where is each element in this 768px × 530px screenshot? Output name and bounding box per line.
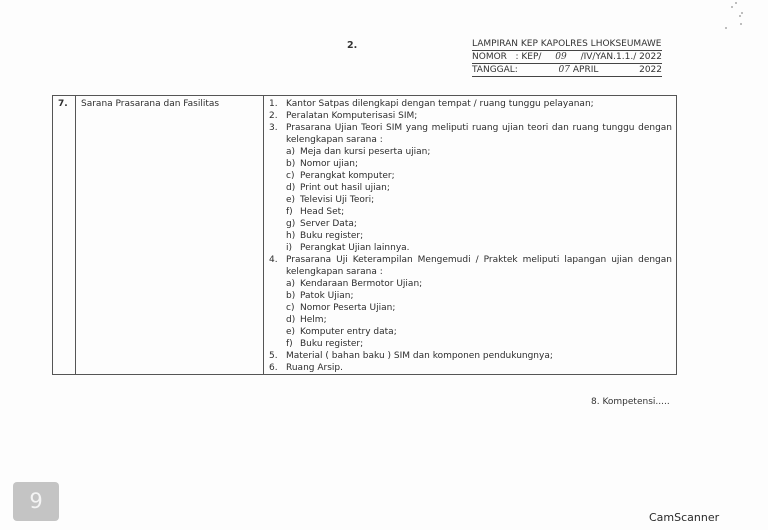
list-item: 4.Prasarana Uji Keterampilan Mengemudi /… — [269, 254, 672, 266]
sub-list-item-letter: a) — [286, 278, 300, 290]
list-item-continuation: kelengkapan sarana : — [269, 134, 672, 146]
nomor-label: NOMOR : KEP/ — [472, 51, 541, 63]
sub-list-item-text: Komputer entry data; — [300, 326, 397, 338]
sub-list-item: f)Head Set; — [269, 206, 672, 218]
sub-list-item-letter: h) — [286, 230, 300, 242]
next-section-continuation: 8. Kompetensi..... — [591, 397, 670, 407]
document-header: LAMPIRAN KEP KAPOLRES LHOKSEUMAWE NOMOR … — [472, 38, 662, 77]
list-item-text: Peralatan Komputerisasi SIM; — [286, 110, 672, 122]
header-tanggal-line: TANGGAL: 07 APRIL 2022 — [472, 64, 662, 77]
sub-list-item: e)Komputer entry data; — [269, 326, 672, 338]
tanggal-handwritten: 07 — [559, 65, 570, 75]
sub-list-item-text: Buku register; — [300, 230, 363, 242]
list-item: 3.Prasarana Ujian Teori SIM yang meliput… — [269, 122, 672, 134]
sub-list-item-letter: f) — [286, 206, 300, 218]
header-title-line: LAMPIRAN KEP KAPOLRES LHOKSEUMAWE — [472, 38, 662, 51]
list-item-number: 4. — [269, 254, 286, 266]
sub-list-item: b)Nomor ujian; — [269, 158, 672, 170]
row-label: Sarana Prasarana dan Fasilitas — [76, 96, 264, 375]
row-content: 1.Kantor Satpas dilengkapi dengan tempat… — [264, 96, 677, 375]
tanggal-year: 2022 — [639, 64, 662, 76]
sub-list-item-text: Patok Ujian; — [300, 290, 354, 302]
list-item-number: 2. — [269, 110, 286, 122]
sub-list-item: f)Buku register; — [269, 338, 672, 350]
sub-list-item-text: Perangkat komputer; — [300, 170, 395, 182]
sub-list-item-letter: c) — [286, 302, 300, 314]
sub-list-item-text: Buku register; — [300, 338, 363, 350]
sub-list-item: c)Nomor Peserta Ujian; — [269, 302, 672, 314]
sub-list-item: c)Perangkat komputer; — [269, 170, 672, 182]
sub-list-item-letter: d) — [286, 182, 300, 194]
list-item: 6.Ruang Arsip. — [269, 362, 672, 374]
sub-list-item-text: Kendaraan Bermotor Ujian; — [300, 278, 422, 290]
sub-list-item-text: Nomor ujian; — [300, 158, 358, 170]
sub-list-item-text: Televisi Uji Teori; — [300, 194, 374, 206]
header-nomor-line: NOMOR : KEP/ 09 /IV/YAN.1.1./ 2022 — [472, 51, 662, 64]
list-item-number: 6. — [269, 362, 286, 374]
list-item-number: 5. — [269, 350, 286, 362]
camscanner-watermark: CamScanner — [649, 511, 719, 524]
sub-list-item-letter: b) — [286, 158, 300, 170]
tanggal-date: 07 APRIL — [559, 64, 599, 76]
sub-list-item-letter: c) — [286, 170, 300, 182]
sub-list-item-text: Head Set; — [300, 206, 344, 218]
nomor-suffix: /IV/YAN.1.1./ 2022 — [581, 51, 662, 63]
sub-list-item: a)Meja dan kursi peserta ujian; — [269, 146, 672, 158]
nomor-handwritten: 09 — [555, 51, 566, 63]
row-number: 7. — [53, 96, 76, 375]
list-item-text: Kantor Satpas dilengkapi dengan tempat /… — [286, 98, 672, 110]
table-row: 7. Sarana Prasarana dan Fasilitas 1.Kant… — [53, 96, 677, 375]
sub-list-item: d)Helm; — [269, 314, 672, 326]
page-number: 2. — [347, 40, 357, 51]
sub-list-item-letter: f) — [286, 338, 300, 350]
sub-list-item-letter: e) — [286, 194, 300, 206]
sub-list-item-letter: d) — [286, 314, 300, 326]
list-item: 2.Peralatan Komputerisasi SIM; — [269, 110, 672, 122]
page-badge[interactable]: 9 — [13, 482, 59, 521]
sub-list-item: d)Print out hasil ujian; — [269, 182, 672, 194]
sub-list-item: b)Patok Ujian; — [269, 290, 672, 302]
list-item-continuation: kelengkapan sarana : — [269, 266, 672, 278]
header-title: LAMPIRAN KEP KAPOLRES LHOKSEUMAWE — [472, 38, 661, 50]
sub-list-item-text: Server Data; — [300, 218, 357, 230]
list-item-text: Prasarana Uji Keterampilan Mengemudi / P… — [286, 254, 672, 266]
scan-specks — [720, 0, 768, 40]
tanggal-label: TANGGAL: — [472, 64, 518, 76]
sub-list-item-text: Print out hasil ujian; — [300, 182, 390, 194]
list-item: 1.Kantor Satpas dilengkapi dengan tempat… — [269, 98, 672, 110]
sub-list-item-text: Nomor Peserta Ujian; — [300, 302, 395, 314]
list-item-text: Ruang Arsip. — [286, 362, 672, 374]
sub-list-item: a)Kendaraan Bermotor Ujian; — [269, 278, 672, 290]
list-item-text: Material ( bahan baku ) SIM dan komponen… — [286, 350, 672, 362]
facilities-table: 7. Sarana Prasarana dan Fasilitas 1.Kant… — [52, 95, 677, 375]
list-item-number: 3. — [269, 122, 286, 134]
sub-list-item-letter: a) — [286, 146, 300, 158]
sub-list-item: h)Buku register; — [269, 230, 672, 242]
sub-list-item-letter: i) — [286, 242, 300, 254]
sub-list-item-letter: b) — [286, 290, 300, 302]
list-item-text: Prasarana Ujian Teori SIM yang meliputi … — [286, 122, 672, 134]
sub-list-item-text: Helm; — [300, 314, 327, 326]
sub-list-item-text: Meja dan kursi peserta ujian; — [300, 146, 430, 158]
tanggal-month: APRIL — [573, 65, 599, 75]
list-item: 5.Material ( bahan baku ) SIM dan kompon… — [269, 350, 672, 362]
sub-list-item-letter: e) — [286, 326, 300, 338]
sub-list-item: g)Server Data; — [269, 218, 672, 230]
sub-list-item-text: Perangkat Ujian lainnya. — [300, 242, 410, 254]
sub-list-item: i)Perangkat Ujian lainnya. — [269, 242, 672, 254]
sub-list-item: e)Televisi Uji Teori; — [269, 194, 672, 206]
list-item-number: 1. — [269, 98, 286, 110]
sub-list-item-letter: g) — [286, 218, 300, 230]
